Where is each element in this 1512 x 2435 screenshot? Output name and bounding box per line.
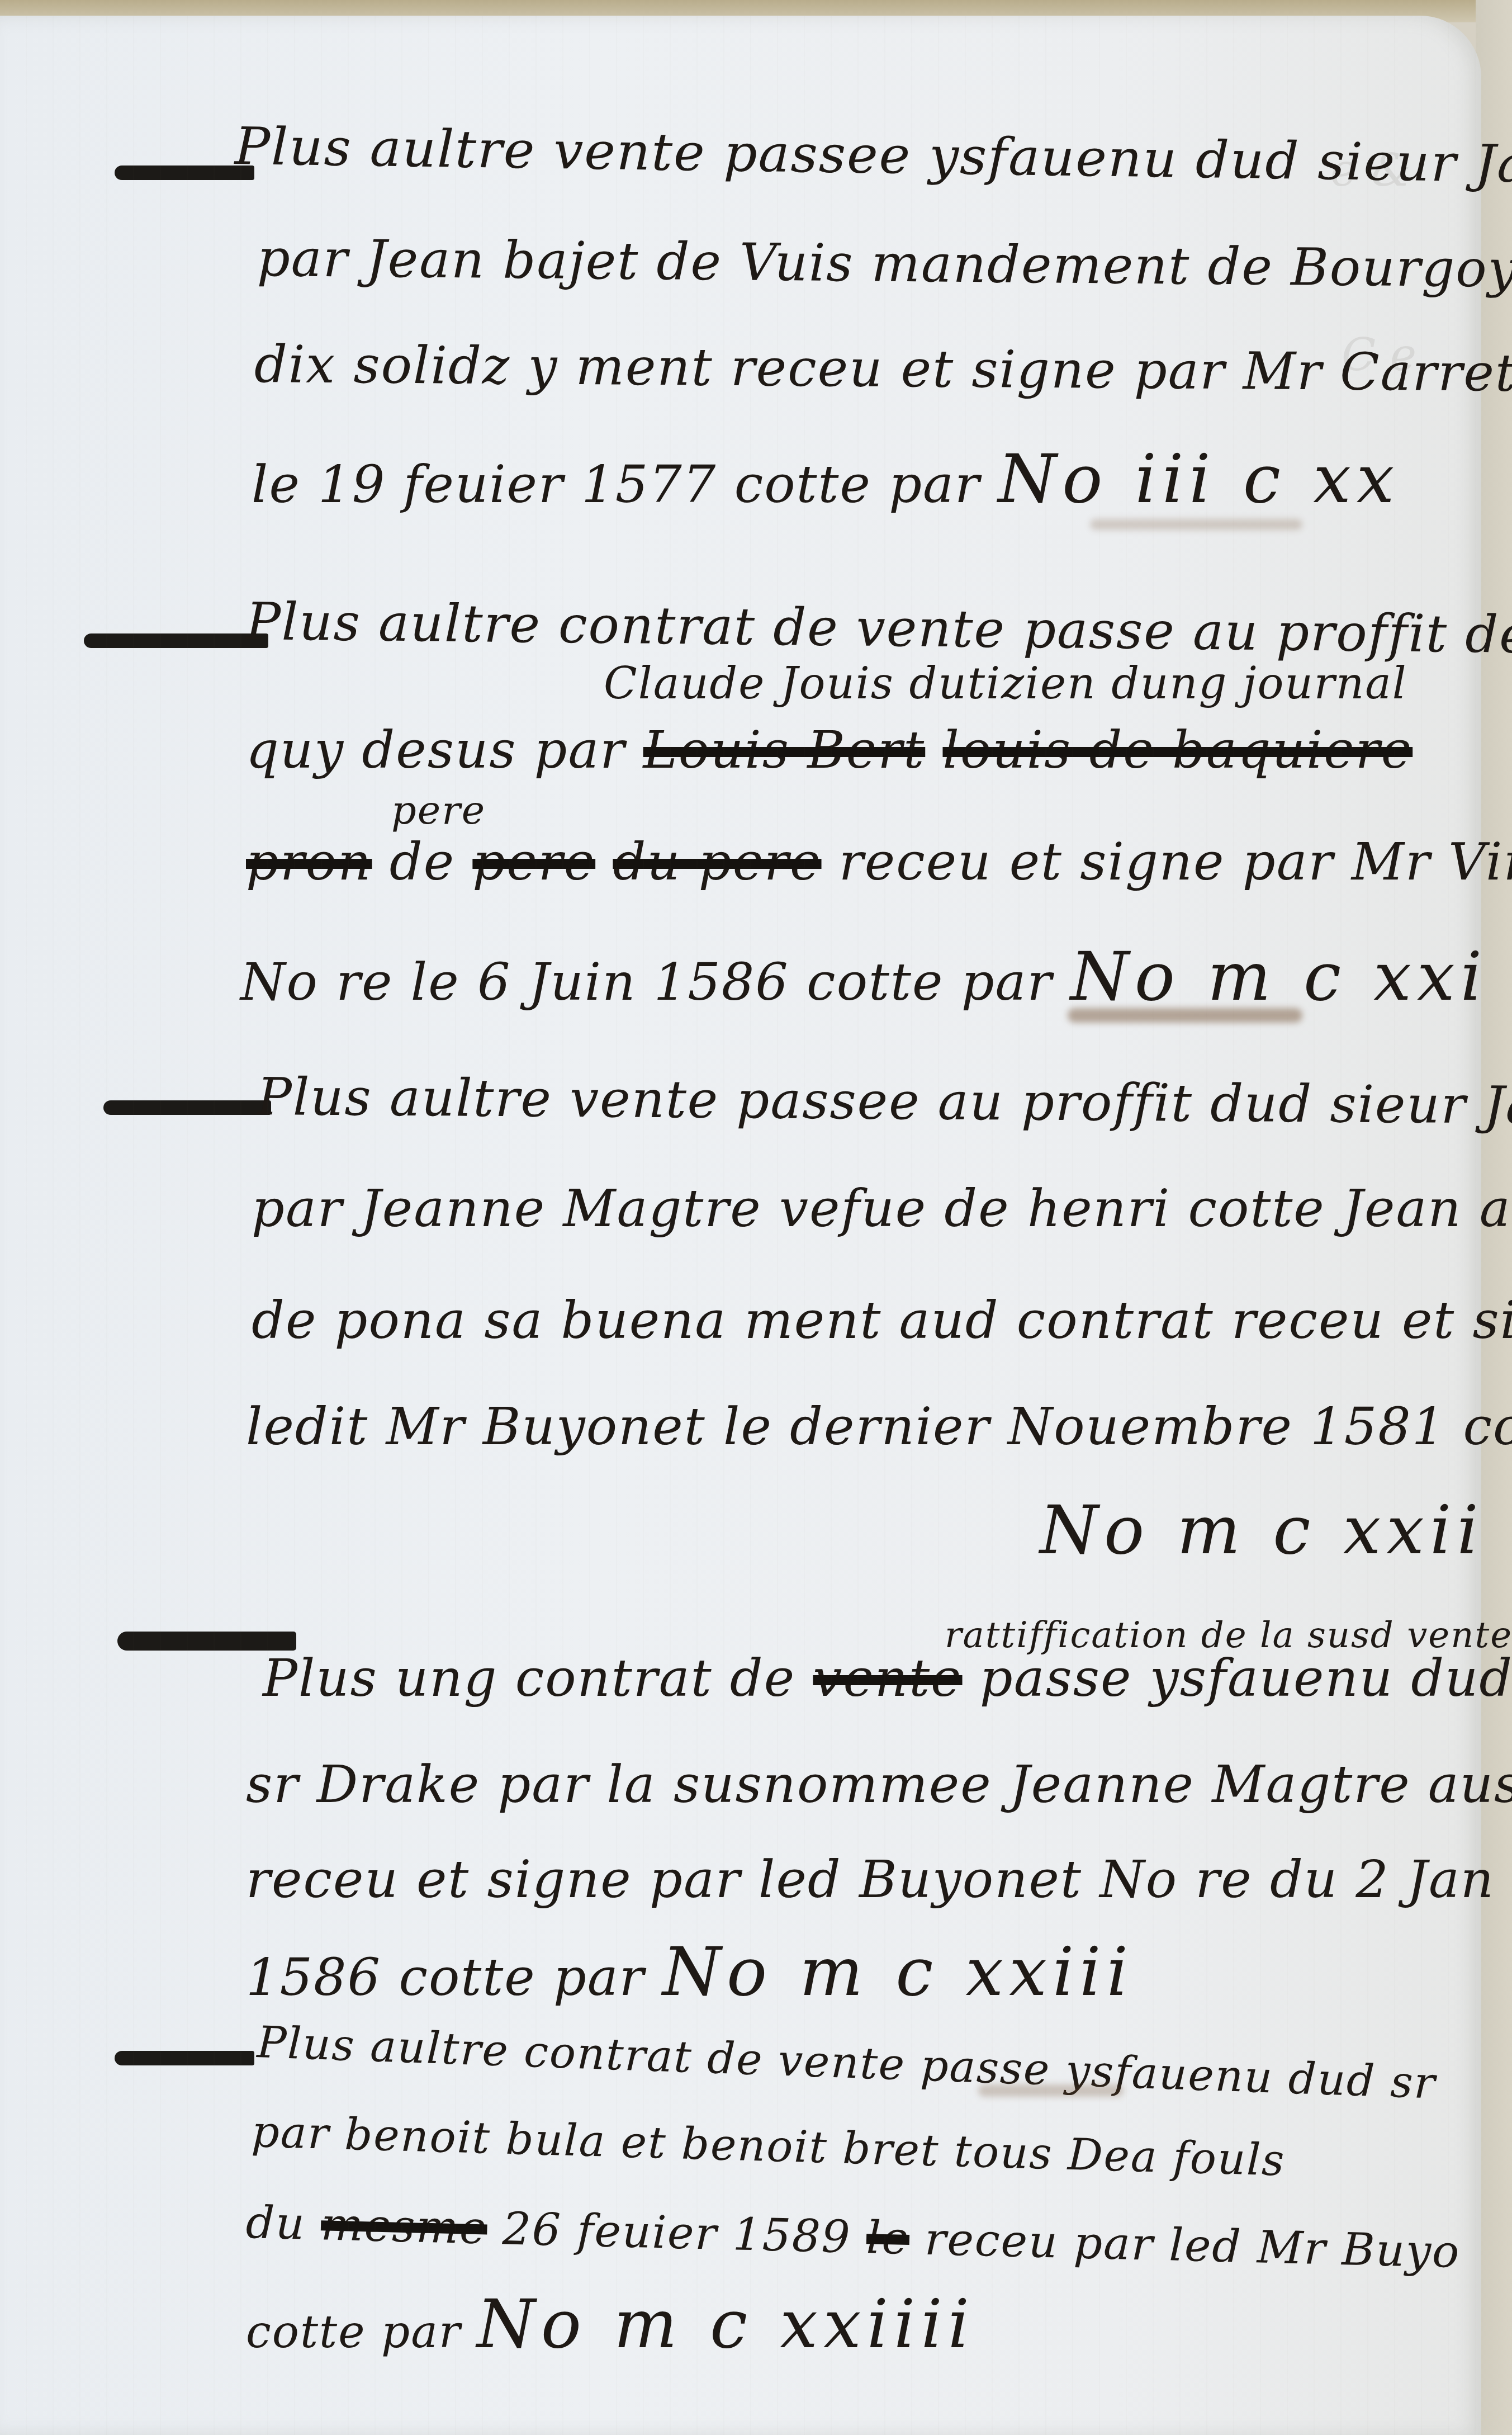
entry-text: receu par led Mr Buyo xyxy=(924,2213,1461,2278)
struck-text: Louis Bert xyxy=(643,720,926,780)
entry-line: par benoit bula et benoit bret tous Dea … xyxy=(251,2107,1286,2186)
ink-smudge xyxy=(1090,519,1302,530)
entry-line: par Jean bajet de Vuis mandement de Bour… xyxy=(257,228,1512,299)
catalog-number: No iii c xx xyxy=(998,441,1400,518)
catalog-number: No m c xxiii xyxy=(662,1933,1134,2011)
entry-line: 1586 cotte par No m c xxiii xyxy=(246,1933,1134,2011)
entry-line: de pona sa buena ment aud contrat receu … xyxy=(252,1290,1512,1350)
entry-line: Plus aultre contrat de vente passe ysfau… xyxy=(256,2017,1437,2109)
struck-text: vente xyxy=(813,1648,962,1708)
entry-line: dix solidz y ment receu et signe par Mr … xyxy=(254,334,1512,404)
entry-text: quy desus par xyxy=(246,720,625,780)
entry-text: passe ysfauenu dud xyxy=(980,1648,1512,1708)
entry-flourish-mark xyxy=(84,633,268,648)
entry-line: le 19 feuier 1577 cotte par No iii c xx xyxy=(252,441,1400,518)
entry-text: du xyxy=(245,2196,306,2250)
ink-smudge xyxy=(978,2084,1124,2097)
entry-text: de xyxy=(390,832,455,892)
entry-line: Plus aultre contrat de vente passe au pr… xyxy=(245,592,1512,665)
entry-text: 1586 cotte par xyxy=(246,1947,645,2007)
struck-text: mesme xyxy=(320,2198,488,2254)
entry-line: par Jeanne Magtre vefue de henri cotte J… xyxy=(252,1179,1512,1238)
entry-text: cotte par xyxy=(246,2306,461,2358)
entry-line: Plus ung contrat de vente passe ysfauenu… xyxy=(263,1648,1512,1708)
entry-text: No re le 6 Juin 1586 cotte par xyxy=(240,952,1053,1012)
entry-flourish-mark xyxy=(115,2051,254,2065)
entry-line: pron de pere du pere receu et signe par … xyxy=(246,832,1512,892)
entry-line: quy desus par Louis Bert louis de baquie… xyxy=(246,720,1413,780)
entry-flourish-mark xyxy=(115,166,254,180)
entry-line: Plus aultre vente passee ysfauenu dud si… xyxy=(234,116,1512,196)
entry-line: du mesme 26 feuier 1589 le receu par led… xyxy=(245,2196,1461,2278)
entry-flourish-mark xyxy=(117,1632,296,1651)
entry-line: sr Drake par la susnommee Jeanne Magtre … xyxy=(246,1755,1512,1814)
struck-text: pron xyxy=(246,832,372,892)
insertion-above-line: Claude Jouis dutizien dung journal xyxy=(604,659,1407,709)
entry-text: le 19 feuier 1577 cotte par xyxy=(252,455,980,514)
entry-text: receu et signe par Mr Vinier xyxy=(839,832,1512,892)
entry-line: cotte par No m c xxiiii xyxy=(246,2286,975,2363)
insertion-above-line: pere xyxy=(391,787,486,833)
struck-text: le xyxy=(866,2211,910,2264)
entry-text: Plus ung contrat de xyxy=(263,1648,795,1708)
struck-text: louis de baquiere xyxy=(942,720,1413,780)
entry-line: No re le 6 Juin 1586 cotte par No m c xx… xyxy=(240,938,1487,1016)
entry-line: receu et signe par led Buyonet No re du … xyxy=(246,1850,1495,1909)
entry-text: 26 feuier 1589 xyxy=(502,2202,852,2263)
struck-text: du pere xyxy=(613,832,821,892)
catalog-number: No m c xxii xyxy=(1040,1492,1484,1569)
entry-flourish-mark xyxy=(103,1100,271,1115)
entry-line: Plus aultre vente passee au proffit dud … xyxy=(257,1067,1512,1137)
entry-line: ledit Mr Buyonet le dernier Nouembre 158… xyxy=(246,1397,1512,1457)
manuscript-page: e & C e Plus aultre vente passee ysfauen… xyxy=(0,16,1481,2435)
ink-smudge xyxy=(1068,1008,1302,1023)
catalog-number: No m c xxiiii xyxy=(477,2286,975,2363)
catalog-number: No m c xxi xyxy=(1070,938,1487,1016)
struck-text: pere xyxy=(472,832,595,892)
